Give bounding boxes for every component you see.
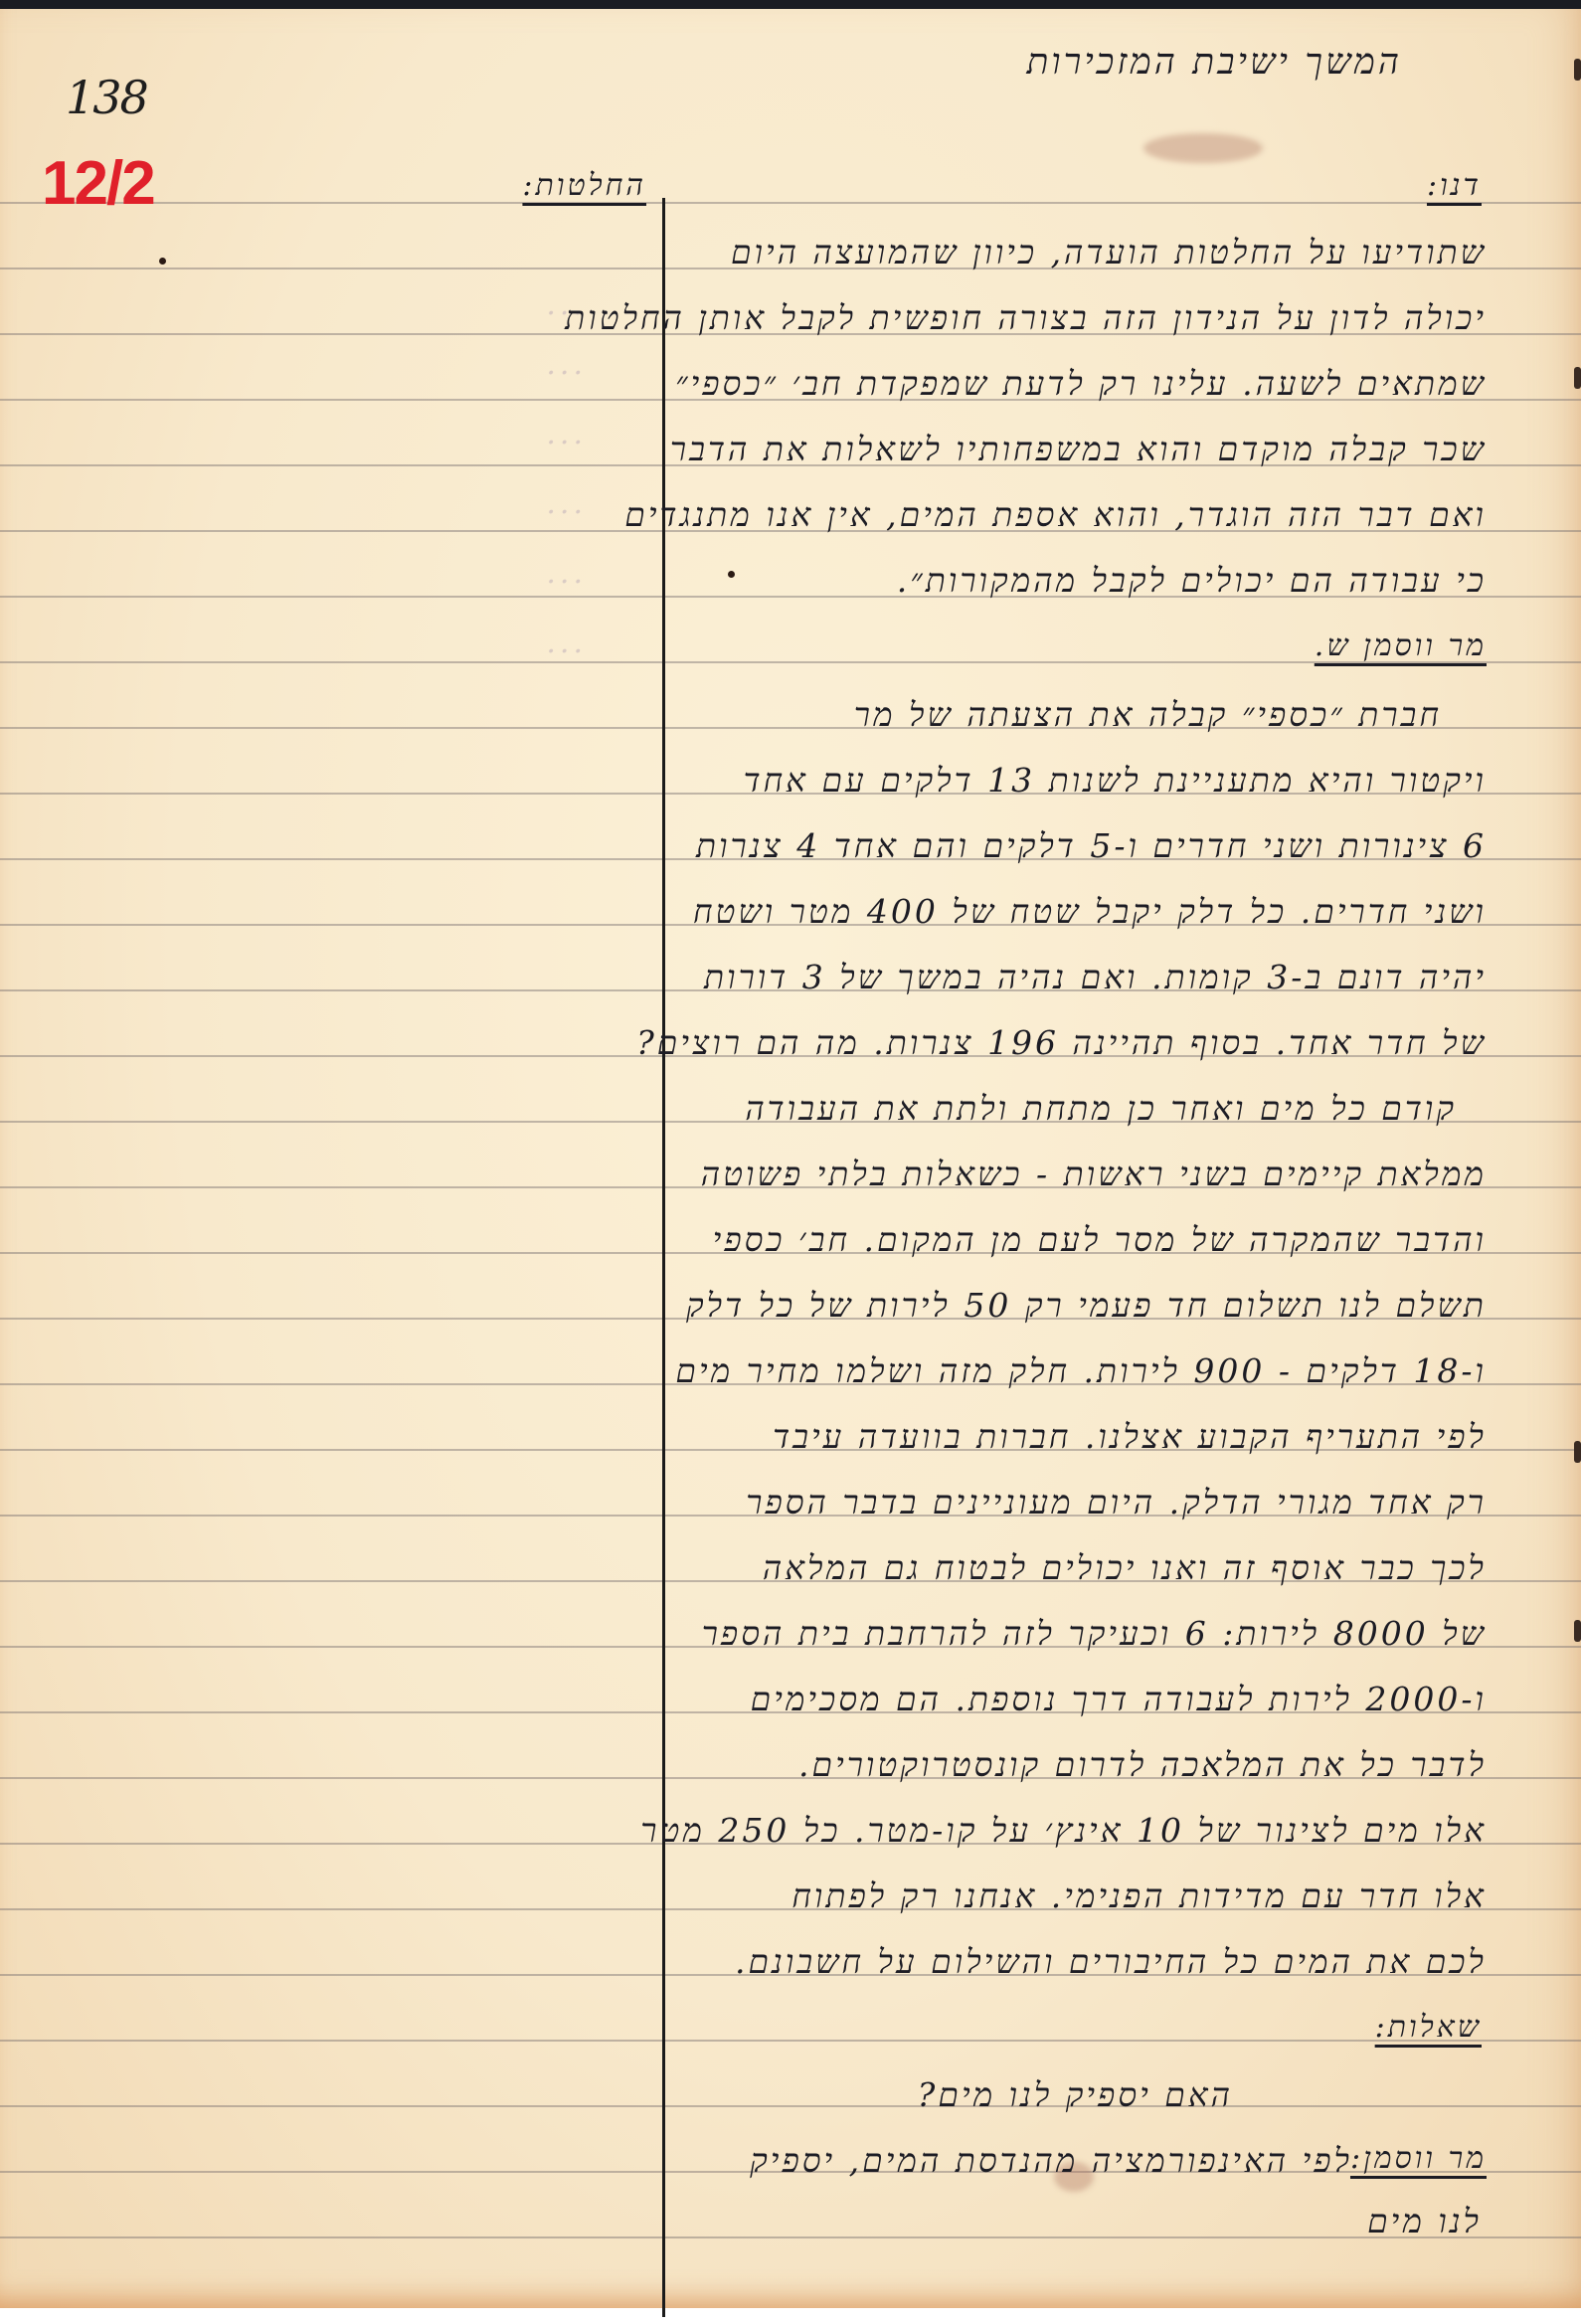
text-line: ושני חדרים. כל דלק יקבל שטח של 400 מטר ו…: [693, 892, 1487, 932]
ink-smudge: [1143, 133, 1263, 163]
text-line: תשלם לנו תשלום חד פעמי רק 50 לירות של כל…: [686, 1286, 1487, 1326]
text-line: אלו חדר עם מדידות הפנימי. אנחנו רק לפתוח: [791, 1877, 1487, 1916]
text-line: ויקטור והיא מתעניינת לשנות 13 דלקים עם א…: [744, 761, 1487, 801]
text-line: ו-18 דלקים - 900 לירות. חלק מזה ושלמו מח…: [675, 1351, 1487, 1391]
answer-line: לנו מים: [1367, 2202, 1482, 2241]
discussed-heading: דנו:: [1427, 168, 1482, 203]
bleedthrough-text: ...: [546, 556, 587, 591]
question-line: האם יספיק לנו מים?: [918, 2075, 1233, 2115]
questions-heading: שאלות:: [1375, 2010, 1482, 2045]
ink-dot: [159, 258, 166, 265]
text-line: לדבר כל את המלאכה לדרום קונסטרוקטורים.: [798, 1745, 1487, 1785]
text-line: 6 צינורות ושני חדרים ו-5 דלקים והם אחד 4…: [696, 826, 1487, 866]
text-line: שכר קבלה מוקדם והוא במשפחותיו לשאלות את …: [670, 430, 1487, 469]
text-line: והדבר שהמקרה של מסר לעם מן המקום. חב׳ כס…: [713, 1220, 1487, 1260]
bleedthrough-text: ...: [546, 626, 587, 660]
text-line: של 8000 לירות: 6 וכעיקר לזה להרחבת בית ה…: [702, 1614, 1487, 1654]
text-line: חברת ״כספי״ קבלה את הצעתה של מר: [854, 695, 1442, 735]
scan-top-border: [0, 0, 1581, 9]
binding-mark: [1574, 1441, 1581, 1463]
binding-mark: [1574, 59, 1581, 81]
text-line: רק אחד מגורי הדלק. היום מעוניינים בדבר ה…: [746, 1483, 1487, 1522]
text-line: כי עבודה הם יכולים לקבל מהמקורות״.: [897, 561, 1487, 601]
page-number: 138: [66, 71, 147, 124]
speaker-name: מר ווסמן:: [1350, 2141, 1487, 2176]
bleedthrough-text: ...: [546, 417, 587, 451]
bleedthrough-text: ...: [546, 347, 587, 382]
text-line: שמתאים לשעה. עלינו רק לדעת שמפקדת חב׳ ״כ…: [675, 364, 1487, 404]
notebook-page: 138 12/2 המשך ישיבת המזכירות החלטות: ...…: [0, 9, 1581, 2308]
header-title: המשך ישיבת המזכירות: [1026, 41, 1402, 83]
decisions-heading: החלטות:: [522, 168, 646, 203]
speaker-name: מר ווסמן ש.: [1315, 628, 1487, 663]
binding-mark: [1574, 367, 1581, 389]
ruled-line: [0, 2105, 1581, 2107]
text-line: של חדר אחד. בסוף תהיינה 196 צנרות. מה הם…: [636, 1023, 1487, 1063]
text-line: לכם את המים כל החיבורים והשילום על חשבונ…: [735, 1942, 1487, 1982]
text-line: אלו מים לצינור של 10 אינץ׳ על קו-מטר. כל…: [640, 1811, 1487, 1851]
binding-mark: [1574, 1620, 1581, 1642]
text-line: קודם כל מים ואחר כן מתחת ולתת את העבודה: [745, 1089, 1457, 1129]
text-line: לכך כבר אוסף זה ואנו יכולים לבטוח גם המל…: [763, 1548, 1487, 1588]
text-line: יהיה דונם ב-3 קומות. ואם נהיה במשך של 3 …: [704, 958, 1487, 997]
text-line: ממלאת קיימים בשני ראשות - כשאלות בלתי פש…: [701, 1155, 1487, 1194]
ruled-line: [0, 2236, 1581, 2238]
date-stamp: 12/2: [42, 148, 154, 219]
answer-line: לפי האינפורמציה מהנדסת המים, יספיק: [750, 2141, 1352, 2181]
bleedthrough-text: ...: [546, 486, 587, 521]
ink-dot: [728, 571, 735, 578]
text-line: שתודיעו על החלטות הועדה, כיוון שהמועצה ה…: [731, 233, 1487, 272]
text-line: ואם דבר הזה הוגדר, והוא אספת המים, אין א…: [624, 495, 1487, 535]
text-line: לפי התעריף הקבוע אצלנו. חברות בוועדה עיב…: [773, 1417, 1487, 1457]
ruled-line: [0, 2040, 1581, 2042]
text-line: יכולה לדון על הנידון הזה בצורה חופשית לק…: [565, 298, 1487, 338]
ruled-line: [0, 202, 1581, 204]
text-line: ו-2000 לירות לעבודה דרך נוספת. הם מסכימי…: [751, 1680, 1487, 1719]
